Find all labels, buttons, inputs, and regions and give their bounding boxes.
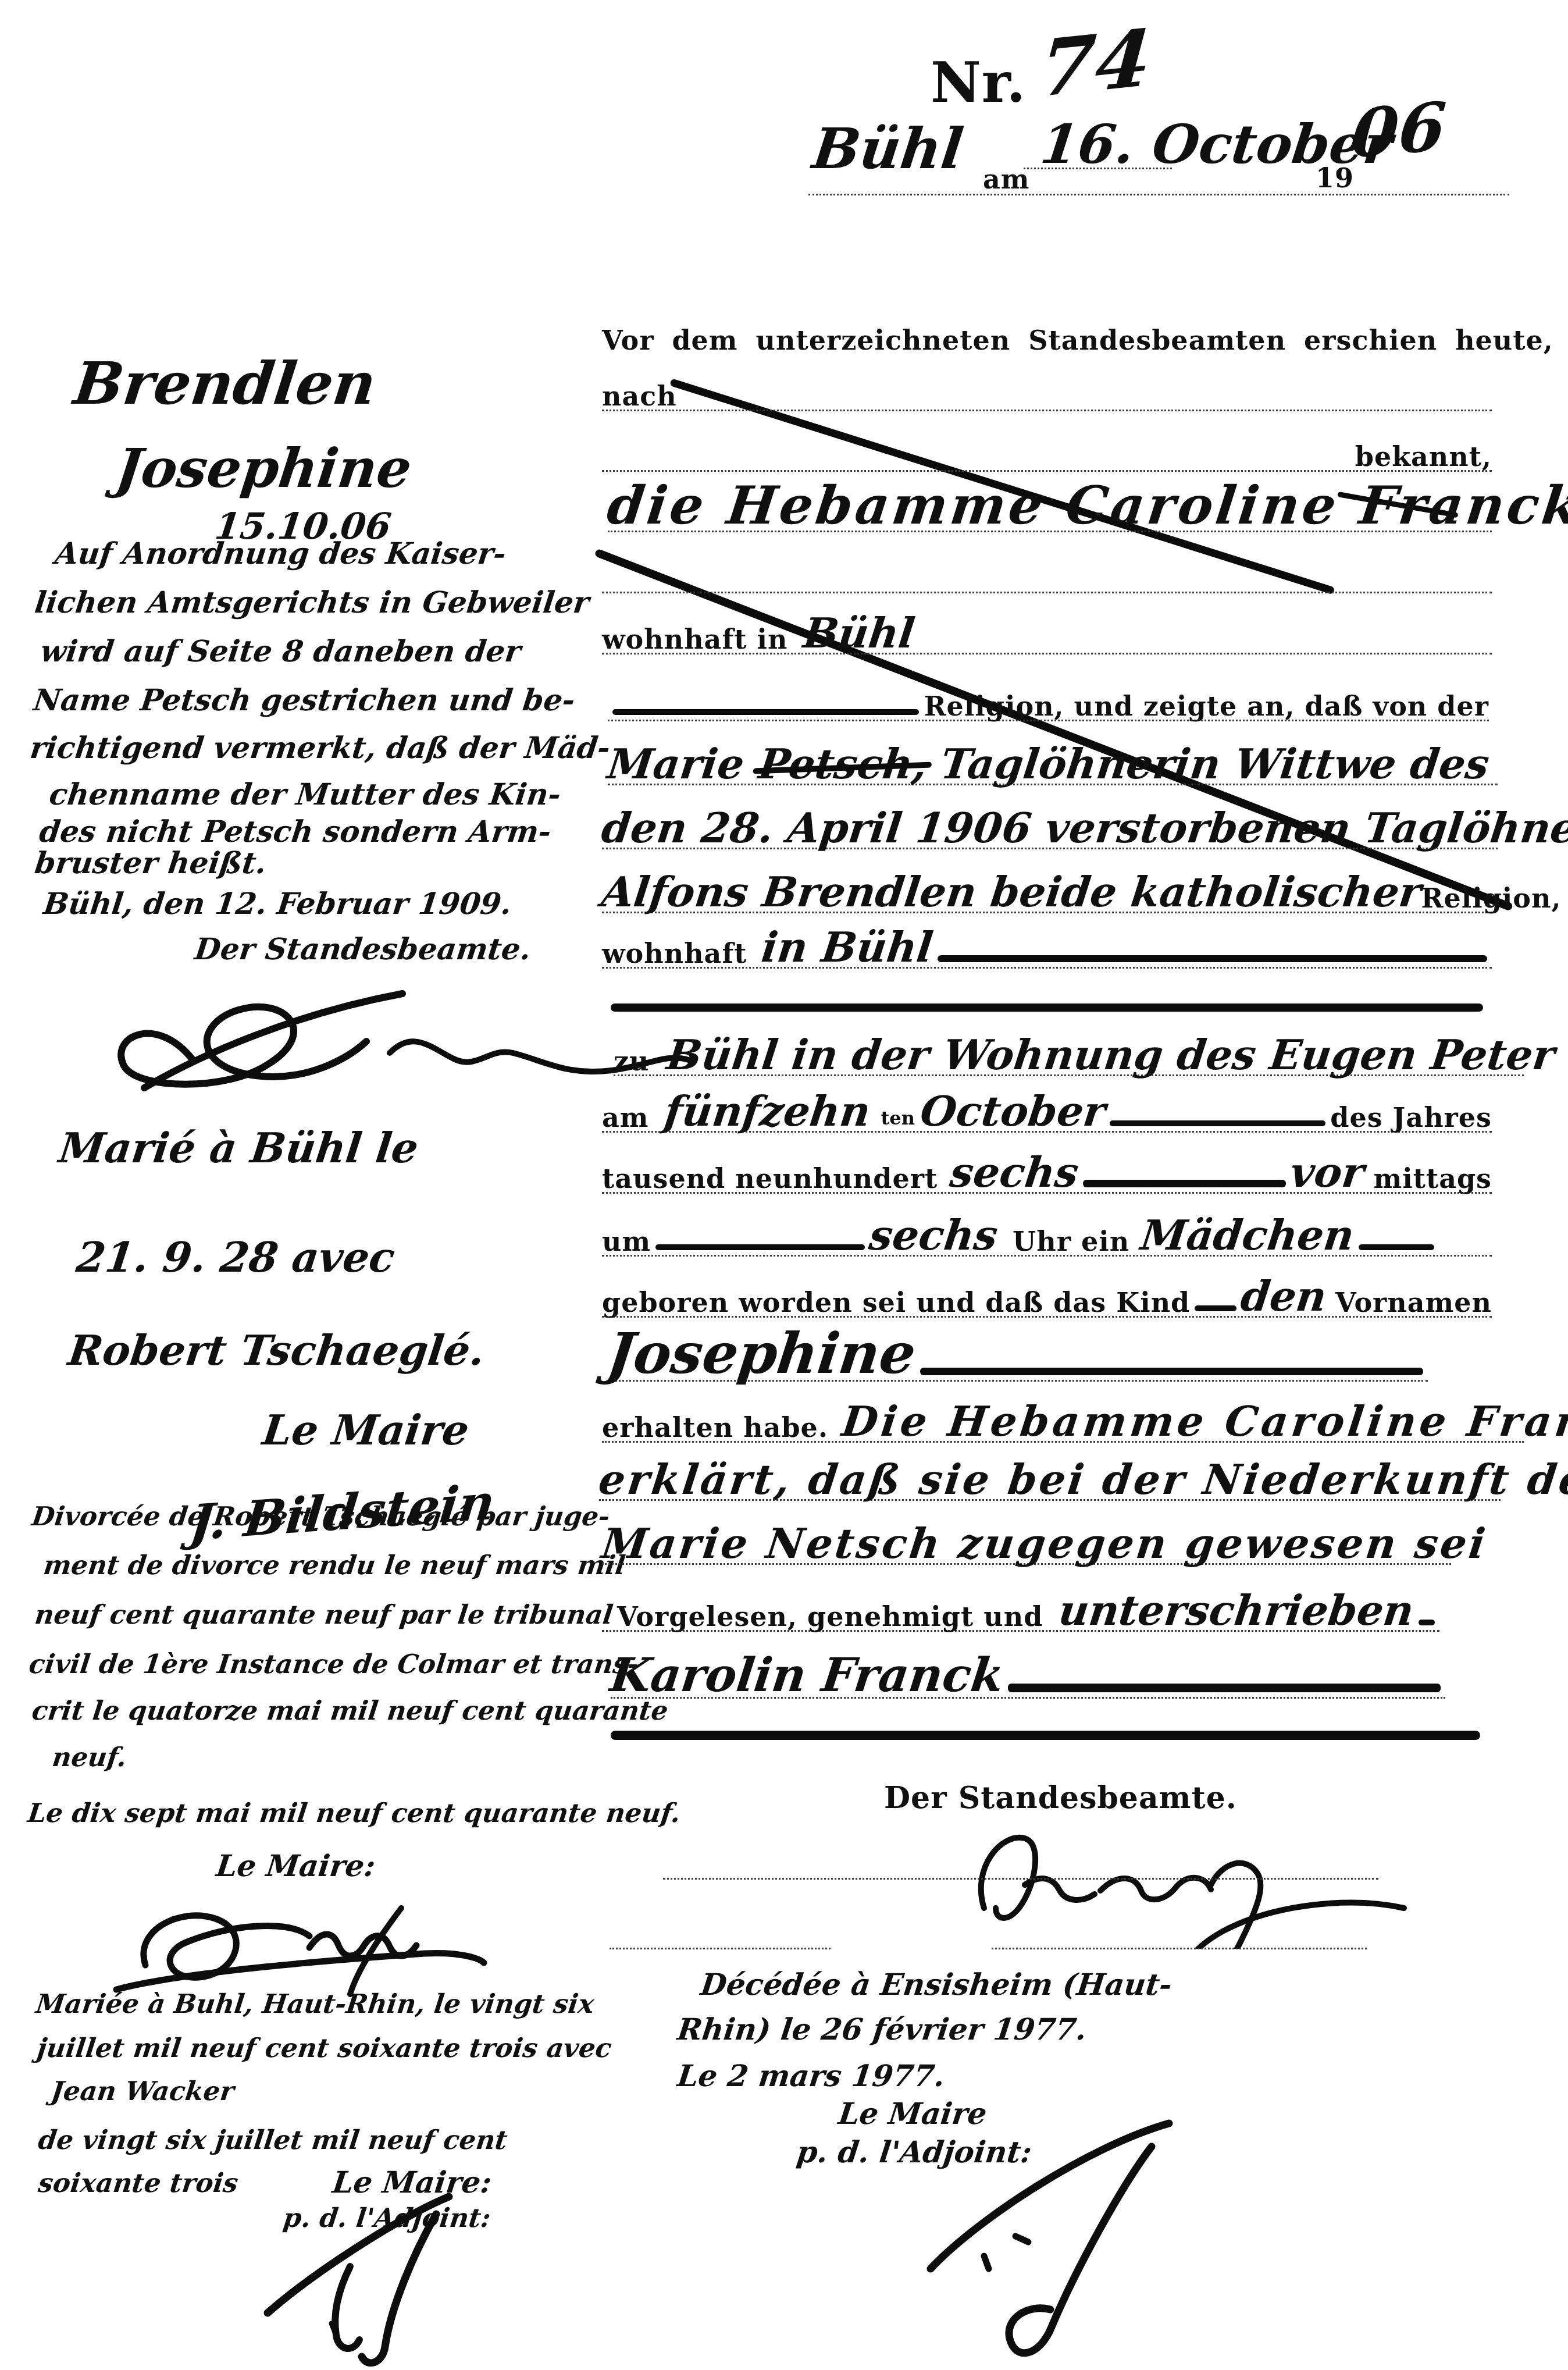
divorce-note-line: neuf.	[51, 1745, 128, 1770]
um-label: um	[602, 1228, 651, 1255]
divorce-date-line: Le dix sept mai mil neuf cent quarante n…	[26, 1801, 682, 1826]
margin-child-surname: Brendlen	[71, 356, 379, 411]
unterschrieben-entry: unterschrieben	[1057, 1591, 1416, 1630]
mother-struck-name: Petsch,	[757, 745, 929, 784]
birthplace-entry: Bühl in der Wohnung des Eugen Peter	[664, 1035, 1556, 1074]
line-religion: Religion, und zeigte an, daß von der	[608, 663, 1489, 721]
line-blank	[602, 538, 1492, 593]
officer-signature	[948, 1798, 1442, 1949]
father-death-entry: den 28. April 1906 verstorbenen Taglöhne…	[600, 809, 1568, 848]
declarant-entry: die Hebamme Caroline Franck	[605, 481, 1568, 531]
midwife-signature: Karolin Franck	[608, 1653, 1006, 1697]
line-residence-2: wohnhaft in Bühl	[602, 911, 1492, 969]
line-declaration-1: erklärt, daß sie bei der Niederkunft der	[599, 1442, 1501, 1501]
line-residence: wohnhaft in Bühl	[602, 595, 1492, 654]
line-vornamen: geboren worden sei und daß das Kind den …	[602, 1261, 1492, 1318]
correction-note-line: Der Standesbeamte.	[193, 935, 532, 963]
uhr-ein-label: Uhr ein	[1013, 1228, 1129, 1255]
religion-word-label: Religion,	[1421, 885, 1561, 912]
ten-suffix-label: ten	[881, 1109, 915, 1127]
sex-entry: Mädchen	[1139, 1216, 1356, 1255]
line-mother-3: Alfons Brendlen beide katholischer Relig…	[602, 854, 1492, 913]
death-note-line: Décédée à Ensisheim (Haut-	[699, 1971, 1174, 1999]
marriage-1963-line: soixante trois	[37, 2171, 239, 2196]
line-mother-2: den 28. April 1906 verstorbenen Taglöhne…	[602, 790, 1498, 849]
day-entry: fünfzehn	[662, 1092, 872, 1131]
mayor-label-1949: Le Maire:	[215, 1852, 377, 1880]
correction-note-line: chenname der Mutter des Kin-	[48, 781, 562, 809]
tausend-label: tausend neunhundert	[602, 1165, 938, 1192]
den-entry: den	[1238, 1277, 1328, 1316]
line-declarant: die Hebamme Caroline Franck	[608, 463, 1492, 532]
correction-note-line: des nicht Petsch sondern Arm-	[38, 818, 553, 846]
midwife-entry: Die Hebamme Caroline Franck	[840, 1402, 1568, 1441]
father-name-entry: Alfons Brendlen beide katholischer	[600, 873, 1424, 912]
correction-note-line: richtigend vermerkt, daß der Mäd-	[28, 734, 612, 762]
line-birthyear: tausend neunhundert sechs vor mittags	[602, 1138, 1492, 1194]
register-page: Nr. 74 Bühl am 16. October 19 06 Brendle…	[0, 0, 1568, 2370]
wohnhaft-label: wohnhaft	[602, 940, 747, 967]
line-mother-1: Marie Petsch, Taglöhnerin Wittwe des	[608, 726, 1498, 785]
divorce-note-line: crit le quatorze mai mil neuf cent quara…	[30, 1699, 669, 1724]
correction-note-line: bruster heißt.	[33, 849, 268, 877]
year-entry: 06	[1349, 95, 1448, 166]
correction-note-line: lichen Amtsgerichts in Gebweiler	[33, 589, 591, 617]
wohnhaft-in-label: wohnhaft in	[602, 626, 787, 653]
year-word-entry: sechs	[948, 1153, 1081, 1192]
footer-dotline-right	[992, 1948, 1367, 1949]
erhalten-label: erhalten habe.	[602, 1414, 828, 1441]
marriage-1928-line: Marié à Bühl le	[57, 1129, 420, 1168]
mother-status-entry: Taglöhnerin Wittwe des	[939, 745, 1491, 784]
marriage-1928-line: 21. 9. 28 avec	[74, 1238, 397, 1277]
line-vorgelesen: Vorgelesen, genehmigt und unterschrieben	[602, 1571, 1439, 1632]
marriage-1963-line: Mariée à Buhl, Haut-Rhin, le vingt six	[34, 1992, 595, 2017]
am2-label: am	[602, 1104, 648, 1131]
residence2-entry: in Bühl	[760, 928, 935, 967]
religion-line-label: Religion, und zeigte an, daß von der	[924, 693, 1489, 720]
hour-entry: sechs	[867, 1216, 1000, 1255]
year-printed: 19	[1316, 165, 1354, 191]
line-nach: nach	[602, 356, 1492, 411]
vornamen-label: Vornamen	[1335, 1289, 1492, 1316]
mother-name-entry: Marie	[605, 745, 746, 784]
marriage-1928-closing: Le Maire	[261, 1411, 471, 1450]
declaration-entry-2: Marie Netsch zugegen gewesen sei	[600, 1524, 1489, 1563]
line-midwife: erhalten habe. Die Hebamme Caroline Fran…	[602, 1382, 1524, 1443]
line-declaration-2: Marie Netsch zugegen gewesen sei	[602, 1506, 1451, 1565]
line-firstname: Josephine	[608, 1314, 1428, 1382]
mittags-label: mittags	[1373, 1165, 1492, 1192]
section-separator-1	[611, 1003, 1483, 1012]
death-note-line: Rhin) le 26 février 1977.	[676, 2016, 1088, 2044]
daytime-entry: vor	[1288, 1153, 1366, 1192]
nach-label: nach	[602, 383, 677, 410]
month-entry: October	[918, 1092, 1108, 1131]
geboren-label: geboren worden sei und daß das Kind	[602, 1289, 1190, 1316]
adjoint-1977-signature	[896, 2112, 1198, 2368]
margin-child-firstname: Josephine	[113, 443, 415, 494]
line-hour: um sechs Uhr ein Mädchen	[602, 1200, 1492, 1257]
vorgelesen-label: Vorgelesen, genehmigt und	[617, 1603, 1043, 1630]
officer-signature-line	[663, 1878, 1378, 1880]
line-birthday: am fünfzehn ten October des Jahres	[602, 1077, 1492, 1133]
correction-note-line: Auf Anordnung des Kaiser-	[54, 540, 508, 568]
am-label: am	[983, 166, 1029, 193]
correction-note-line: wird auf Seite 8 daneben der	[39, 638, 522, 666]
zu-label: zu	[614, 1048, 650, 1074]
line-signature: Karolin Franck	[611, 1635, 1445, 1699]
place-entry: Bühl	[810, 122, 965, 175]
line-birthplace: zu Bühl in der Wohnung des Eugen Peter	[614, 1017, 1524, 1076]
marriage-1963-line: Jean Wacker	[49, 2079, 235, 2104]
date-underline	[808, 194, 1509, 195]
residence-entry: Bühl	[801, 614, 917, 653]
section-separator-2	[611, 1731, 1480, 1740]
mayor-1949-signature	[99, 1884, 506, 2000]
firstname-entry: Josephine	[604, 1327, 918, 1380]
divorce-note-line: ment de divorce rendu le neuf mars mil	[42, 1553, 626, 1578]
marriage-1928-line: Robert Tschaeglé.	[66, 1331, 487, 1370]
divorce-note-line: neuf cent quarante neuf par le tribunal	[33, 1603, 614, 1628]
declaration-entry-1: erklärt, daß sie bei der Niederkunft der	[597, 1460, 1568, 1499]
record-number-label: Nr.	[931, 55, 1026, 111]
correction-note-line: Name Petsch gestrichen und be-	[32, 686, 576, 714]
correction-note-line: Bühl, den 12. Februar 1909.	[42, 890, 513, 918]
record-number-value: 74	[1038, 21, 1153, 106]
marriage-1963-line: juillet mil neuf cent soixante trois ave…	[35, 2036, 613, 2061]
adjoint-1963-signature	[244, 2185, 471, 2368]
des-jahres-label: des Jahres	[1330, 1104, 1492, 1131]
intro-line: Vor dem unterzeichneten Standesbeamten e…	[602, 327, 1568, 354]
divorce-note-line: civil de 1ère Instance de Colmar et tran…	[27, 1652, 640, 1677]
death-note-line: Le 2 mars 1977.	[676, 2062, 946, 2090]
marriage-1963-line: de vingt six juillet mil neuf cent	[37, 2128, 508, 2153]
divorce-note-line: Divorcée de Robert Tschaeglé par juge-	[30, 1504, 611, 1529]
footer-dotline-left	[610, 1948, 831, 1949]
